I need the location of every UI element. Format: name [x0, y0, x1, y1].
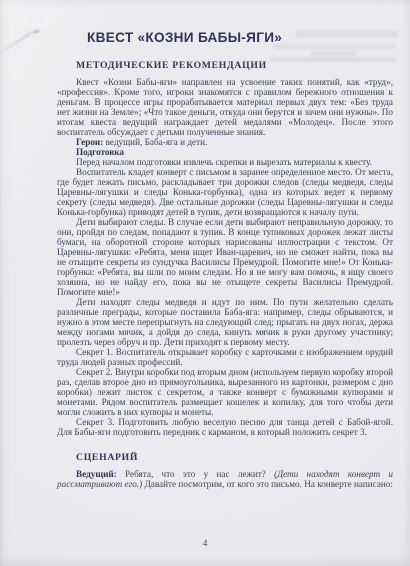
text-run: Перед началом подготовки извлечь скрепки…: [76, 157, 372, 167]
text-run: Дети выбирают следы. В случае если дети …: [57, 217, 393, 297]
text-block: КВЕСТ «КОЗНИ БАБЫ-ЯГИ» МЕТОДИЧЕСКИЕ РЕКО…: [57, 30, 393, 489]
text-run: Герои:: [76, 137, 103, 147]
paragraph: Дети находят следы медведя и идут по ним…: [57, 297, 393, 347]
scanned-book-page: КВЕСТ «КОЗНИ БАБЫ-ЯГИ» МЕТОДИЧЕСКИЕ РЕКО…: [0, 0, 410, 566]
text-run: Давайте посмотрим, от кого это письмо. Н…: [142, 479, 393, 489]
paragraph: Воспитатель кладет конверт с письмом в з…: [57, 167, 393, 217]
section: СЦЕНАРИЙВедущий: Ребята, что это у нас л…: [57, 452, 393, 489]
text-run: Секрет 1. Воспитатель открывает коробку …: [57, 347, 393, 367]
paragraph: Перед началом подготовки извлечь скрепки…: [57, 157, 393, 167]
sections-container: МЕТОДИЧЕСКИЕ РЕКОМЕНДАЦИИКвест «Козни Ба…: [57, 60, 393, 489]
paragraph: Секрет 3. Подготовить любую веселую песн…: [57, 417, 393, 437]
paragraph: Дети выбирают следы. В случае если дети …: [57, 217, 393, 297]
text-run: ведущий, Баба-яга и дети.: [103, 137, 207, 147]
section-heading: МЕТОДИЧЕСКИЕ РЕКОМЕНДАЦИИ: [76, 60, 393, 71]
paper-speck: [33, 29, 41, 34]
paragraph: Подготовка: [57, 147, 393, 157]
text-run: Секрет 2. Внутри коробки под вторым дном…: [57, 367, 393, 417]
text-run: Подготовка: [76, 147, 124, 157]
text-run: Дети находят следы медведя и идут по ним…: [57, 297, 393, 347]
page-title: КВЕСТ «КОЗНИ БАБЫ-ЯГИ»: [87, 30, 393, 45]
text-run: Ребята, что это у нас лежит?: [117, 469, 274, 479]
paragraph: Секрет 1. Воспитатель открывает коробку …: [57, 347, 393, 367]
text-run: Воспитатель кладет конверт с письмом в з…: [57, 167, 393, 217]
paragraph: Ведущий: Ребята, что это у нас лежит? (Д…: [57, 469, 393, 489]
text-run: Ведущий:: [76, 469, 117, 479]
text-run: Секрет 3. Подготовить любую веселую песн…: [57, 417, 393, 437]
paragraph: Квест «Козни Бабы-яги» направлен на усво…: [57, 77, 393, 137]
text-run: Квест «Козни Бабы-яги» направлен на усво…: [57, 77, 393, 137]
page-number: 4: [0, 539, 410, 549]
paragraph: Герои: ведущий, Баба-яга и дети.: [57, 137, 393, 147]
section-heading: СЦЕНАРИЙ: [76, 452, 393, 463]
paragraph: Секрет 2. Внутри коробки под вторым дном…: [57, 367, 393, 417]
section: МЕТОДИЧЕСКИЕ РЕКОМЕНДАЦИИКвест «Козни Ба…: [57, 60, 393, 437]
